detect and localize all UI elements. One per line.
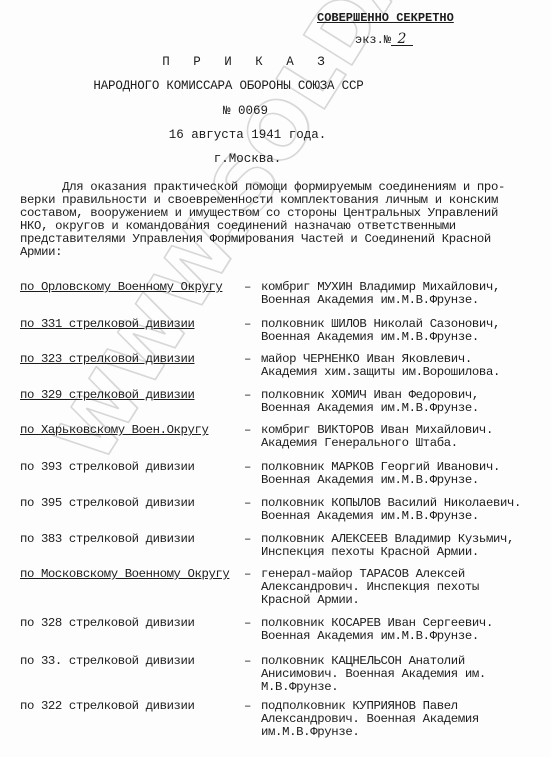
assignment-person: полковник КАЦНЕЛЬСОН Анатолий Анисимович… (261, 655, 486, 694)
intro-line: Армии: (20, 246, 540, 259)
intro-line: представителями Управления Формирования … (20, 233, 540, 246)
assignment-person: полковник МАРКОВ Георгий Иванович. Военн… (261, 461, 500, 487)
order-number: № 0069 (0, 104, 521, 118)
classification-stamp: СОВЕРШЕННО СЕКРЕТНО (317, 11, 454, 25)
assignment-unit: по Московскому Военному Округу (20, 568, 229, 581)
copy-label: экз.№ (355, 33, 391, 47)
assignment-unit: по Орловскому Военному Округу (20, 281, 222, 294)
document-content: СОВЕРШЕННО СЕКРЕТНО экз.№2 П Р И К А З Н… (0, 0, 551, 757)
assignment-dash: – (244, 700, 251, 713)
copy-number-line: экз.№2 (355, 33, 413, 47)
assignment-dash: – (244, 533, 251, 546)
assignment-person: полковник КОПЫЛОВ Василий Николаевич. Во… (261, 497, 521, 523)
assignment-person: полковник КОСАРЕВ Иван Сергеевич. Военна… (261, 617, 493, 643)
assignment-unit: по 331 стрелковой дивизии (20, 318, 194, 331)
assignment-dash: – (244, 318, 251, 331)
order-place: г.Москва. (0, 152, 523, 166)
assignment-unit: по 328 стрелковой дивизии (20, 617, 194, 630)
assignment-dash: – (244, 461, 251, 474)
assignment-unit: по 383 стрелковой дивизии (20, 533, 194, 546)
assignment-unit: по 395 стрелковой дивизии (20, 497, 194, 510)
copy-number: 2 (391, 33, 413, 46)
assignment-dash: – (244, 568, 251, 581)
assignment-dash: – (244, 281, 251, 294)
assignment-dash: – (244, 353, 251, 366)
assignment-unit: по 323 стрелковой дивизии (20, 353, 194, 366)
assignment-unit: по 329 стрелковой дивизии (20, 389, 194, 402)
assignment-unit: по 33. стрелковой дивизии (20, 655, 194, 668)
assignment-unit: по 393 стрелковой дивизии (20, 461, 194, 474)
assignment-person: майор ЧЕРНЕНКО Иван Яковлевич. Академия … (261, 353, 500, 379)
assignment-person: комбриг МУХИН Владимир Михайлович, Военн… (261, 281, 500, 307)
order-date: 16 августа 1941 года. (0, 128, 523, 142)
assignment-person: комбриг ВИКТОРОВ Иван Михайлович. Академ… (261, 424, 493, 450)
document-page: WWW.SOLDAT.RU СОВЕРШЕННО СЕКРЕТНО экз.№2… (0, 0, 551, 757)
intro-paragraph: Для оказания практической помощи формиру… (20, 181, 540, 259)
assignment-dash: – (244, 497, 251, 510)
assignment-unit: по Харьковскому Воен.Округу (20, 424, 208, 437)
assignment-person: полковник АЛЕКСЕЕВ Владимир Кузьмич, Инс… (261, 533, 514, 559)
document-title: П Р И К А З (0, 55, 523, 69)
assignment-dash: – (244, 424, 251, 437)
assignment-dash: – (244, 389, 251, 402)
assignment-dash: – (244, 655, 251, 668)
assignment-person: полковник ШИЛОВ Николай Сазонович, Военн… (261, 318, 500, 344)
assignment-unit: по 322 стрелковой дивизии (20, 700, 194, 713)
assignment-person: генерал-майор ТАРАСОВ Алексей Александро… (261, 568, 479, 607)
document-issuer: НАРОДНОГО КОМИССАРА ОБОРОНЫ СОЮЗА ССР (0, 79, 504, 93)
assignment-dash: – (244, 617, 251, 630)
assignment-person: подполковник КУПРИЯНОВ Павел Александров… (261, 700, 479, 739)
assignment-person: полковник ХОМИЧ Иван Федорович, Военная … (261, 389, 479, 415)
